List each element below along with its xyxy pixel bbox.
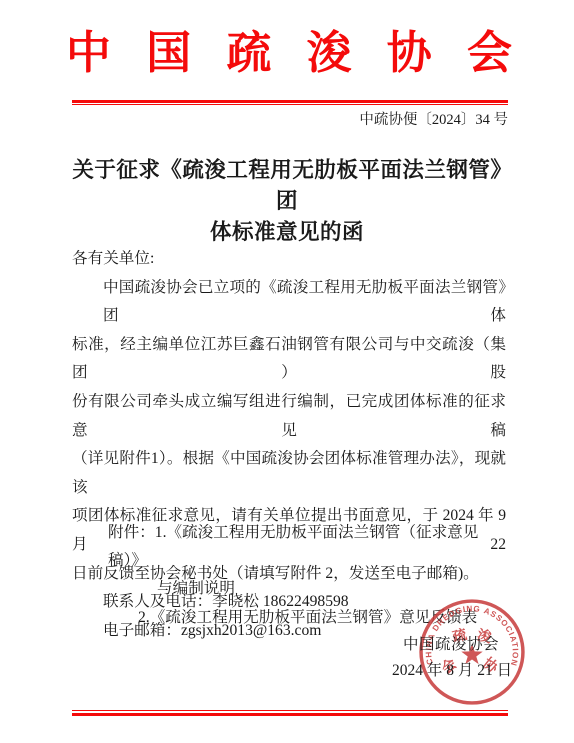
rule-thin-line — [72, 710, 508, 711]
body-line: （详见附件1）。根据《中国疏浚协会团体标准管理办法》，现就该 — [72, 445, 506, 502]
official-letter-page: 中 国 疏 浚 协 会 中疏协便〔2024〕34 号 关于征求《疏浚工程用无肋板… — [0, 0, 574, 743]
attachment-line: 附件：1.《疏浚工程用无肋板平面法兰钢管（征求意见稿）》 — [72, 519, 506, 575]
org-char: 国 — [146, 31, 191, 76]
letterhead-org-name: 中 国 疏 浚 协 会 — [66, 31, 512, 76]
org-char: 中 — [66, 31, 111, 76]
signature-date: 2024 年 8 月 21 日 — [392, 658, 512, 680]
letterhead-rule-top — [72, 100, 508, 105]
rule-thick-line — [72, 713, 508, 716]
body-line: 标准，经主编单位江苏巨鑫石油钢管有限公司与中交疏浚（集团）股 — [72, 331, 506, 388]
org-char: 会 — [467, 31, 512, 76]
org-char: 浚 — [307, 31, 352, 76]
body-line: 中国疏浚协会已立项的《疏浚工程用无肋板平面法兰钢管》团体 — [72, 274, 506, 331]
org-char: 协 — [387, 31, 432, 76]
body-line: 份有限公司牵头成立编写组进行编制，已完成团体标准的征求意见稿 — [72, 388, 506, 445]
doc-reference-number: 中疏协便〔2024〕34 号 — [72, 111, 508, 129]
rule-thin-line — [72, 104, 508, 105]
doc-title-line1: 关于征求《疏浚工程用无肋板平面法兰钢管》团 — [69, 155, 505, 217]
salutation: 各有关单位: — [72, 245, 506, 274]
doc-title-line2: 体标准意见的函 — [69, 217, 505, 248]
rule-thick-line — [72, 100, 508, 103]
signature-org-name: 中国疏浚协会 — [403, 632, 499, 654]
doc-title: 关于征求《疏浚工程用无肋板平面法兰钢管》团 体标准意见的函 — [69, 155, 505, 248]
letterhead-rule-bottom — [72, 710, 508, 716]
org-char: 疏 — [226, 31, 271, 76]
